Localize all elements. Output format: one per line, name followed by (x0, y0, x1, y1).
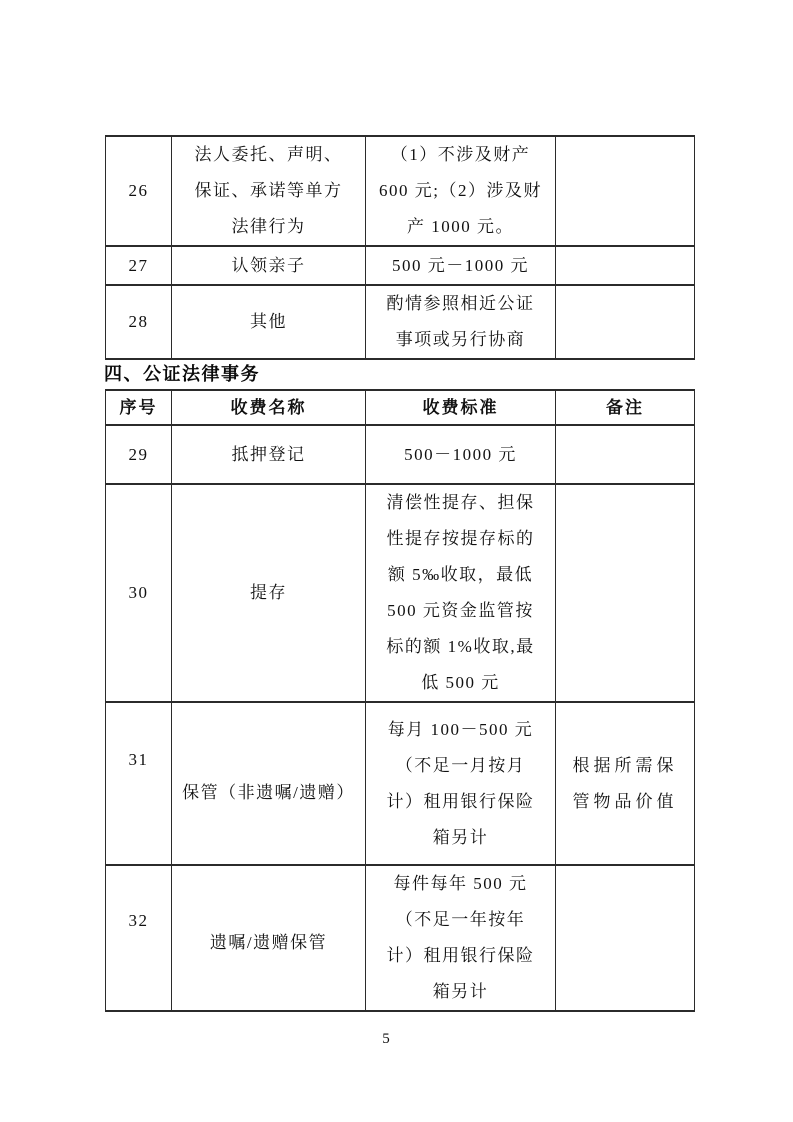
table-header-row: 序号 收费名称 收费标准 备注 (106, 390, 695, 425)
table-row: 32 遗嘱/遗赠保管 每件每年 500 元 （不足一年按年 计）租用银行保险 箱… (106, 865, 695, 1011)
name-cell: 遗嘱/遗赠保管 (172, 865, 366, 1011)
note-cell (556, 865, 695, 1011)
fee-cell: 每件每年 500 元 （不足一年按年 计）租用银行保险 箱另计 (366, 865, 556, 1011)
table-row: 27 认领亲子 500 元－1000 元 (106, 246, 695, 285)
name-cell: 提存 (172, 484, 366, 702)
table-row: 31 保管（非遗嘱/遗赠） 每月 100－500 元 （不足一月按月 计）租用银… (106, 702, 695, 865)
note-cell (556, 425, 695, 484)
header-cell-serial: 序号 (106, 390, 172, 425)
header-cell-name: 收费名称 (172, 390, 366, 425)
table-row: 29 抵押登记 500－1000 元 (106, 425, 695, 484)
serial-cell: 31 (106, 702, 172, 865)
fee-cell: （1）不涉及财产 600 元;（2）涉及财 产 1000 元。 (366, 136, 556, 246)
fee-cell: 500－1000 元 (366, 425, 556, 484)
serial-cell: 32 (106, 865, 172, 1011)
table-row: 30 提存 清偿性提存、担保 性提存按提存标的 额 5‰收取，最低 500 元资… (106, 484, 695, 702)
fee-cell: 酌情参照相近公证 事项或另行协商 (366, 285, 556, 359)
serial-cell: 29 (106, 425, 172, 484)
table-row: 28 其他 酌情参照相近公证 事项或另行协商 (106, 285, 695, 359)
fee-cell: 500 元－1000 元 (366, 246, 556, 285)
fee-cell: 每月 100－500 元 （不足一月按月 计）租用银行保险 箱另计 (366, 702, 556, 865)
name-cell: 认领亲子 (172, 246, 366, 285)
page-number: 5 (0, 1031, 772, 1048)
serial-cell: 28 (106, 285, 172, 359)
name-cell: 法人委托、声明、 保证、承诺等单方 法律行为 (172, 136, 366, 246)
fee-table-legal-affairs: 序号 收费名称 收费标准 备注 29 抵押登记 500－1000 元 30 提存… (105, 389, 695, 1012)
note-cell (556, 136, 695, 246)
table-row: 26 法人委托、声明、 保证、承诺等单方 法律行为 （1）不涉及财产 600 元… (106, 136, 695, 246)
serial-cell: 26 (106, 136, 172, 246)
header-cell-standard: 收费标准 (366, 390, 556, 425)
note-cell (556, 484, 695, 702)
fee-table-continuation: 26 法人委托、声明、 保证、承诺等单方 法律行为 （1）不涉及财产 600 元… (105, 135, 695, 360)
note-cell (556, 285, 695, 359)
serial-cell: 27 (106, 246, 172, 285)
note-cell (556, 246, 695, 285)
document-page: 26 法人委托、声明、 保证、承诺等单方 法律行为 （1）不涉及财产 600 元… (0, 0, 793, 1122)
note-cell: 根据所需保 管物品价值 (556, 702, 695, 865)
name-cell: 抵押登记 (172, 425, 366, 484)
section-heading: 四、公证法律事务 (104, 360, 260, 386)
header-cell-remark: 备注 (556, 390, 695, 425)
fee-cell: 清偿性提存、担保 性提存按提存标的 额 5‰收取，最低 500 元资金监管按 标… (366, 484, 556, 702)
serial-cell: 30 (106, 484, 172, 702)
name-cell: 保管（非遗嘱/遗赠） (172, 702, 366, 865)
name-cell: 其他 (172, 285, 366, 359)
